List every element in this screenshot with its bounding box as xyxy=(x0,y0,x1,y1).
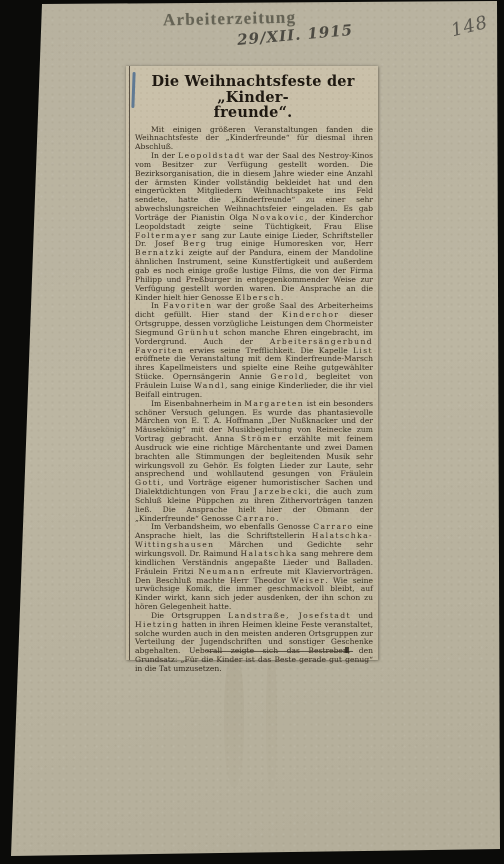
blue-pencil-mark xyxy=(131,72,135,108)
article-paragraph: Mit einigen größeren Veranstaltungen fan… xyxy=(135,126,373,153)
article-title-line2: freunde“. xyxy=(214,104,293,121)
article-body: Mit einigen größeren Veranstaltungen fan… xyxy=(135,126,373,674)
ink-blotch xyxy=(345,647,349,653)
article-paragraph: Im Eisenbahnerheim in Margareten ist ein… xyxy=(135,400,373,524)
article-paragraph: In Favoriten war der große Saal des Arbe… xyxy=(135,302,373,399)
paper-sheet: Arbeiterzeitung 29/XII. 1915 148 Die Wei… xyxy=(0,0,504,864)
handwritten-page-number: 148 xyxy=(449,12,490,41)
column-rule xyxy=(129,66,130,660)
article-end-rule xyxy=(207,651,353,652)
newspaper-clipping: Die Weihnachtsfeste der „Kinder- freunde… xyxy=(126,66,378,660)
article-title: Die Weihnachtsfeste der „Kinder- freunde… xyxy=(138,74,368,121)
article-paragraph: In der Leopoldstadt war der Saal des Nes… xyxy=(135,152,373,302)
article-title-line1: Die Weihnachtsfeste der „Kinder- xyxy=(151,73,354,106)
article-paragraph: Im Verbandsheim, wo ebenfalls Genosse Ca… xyxy=(135,523,373,611)
article-paragraph: Die Ortsgruppen Landstraße, Josefstadt u… xyxy=(135,612,373,674)
scan-background: { "archive": { "stamp_label": "Arbeiterz… xyxy=(0,0,504,864)
